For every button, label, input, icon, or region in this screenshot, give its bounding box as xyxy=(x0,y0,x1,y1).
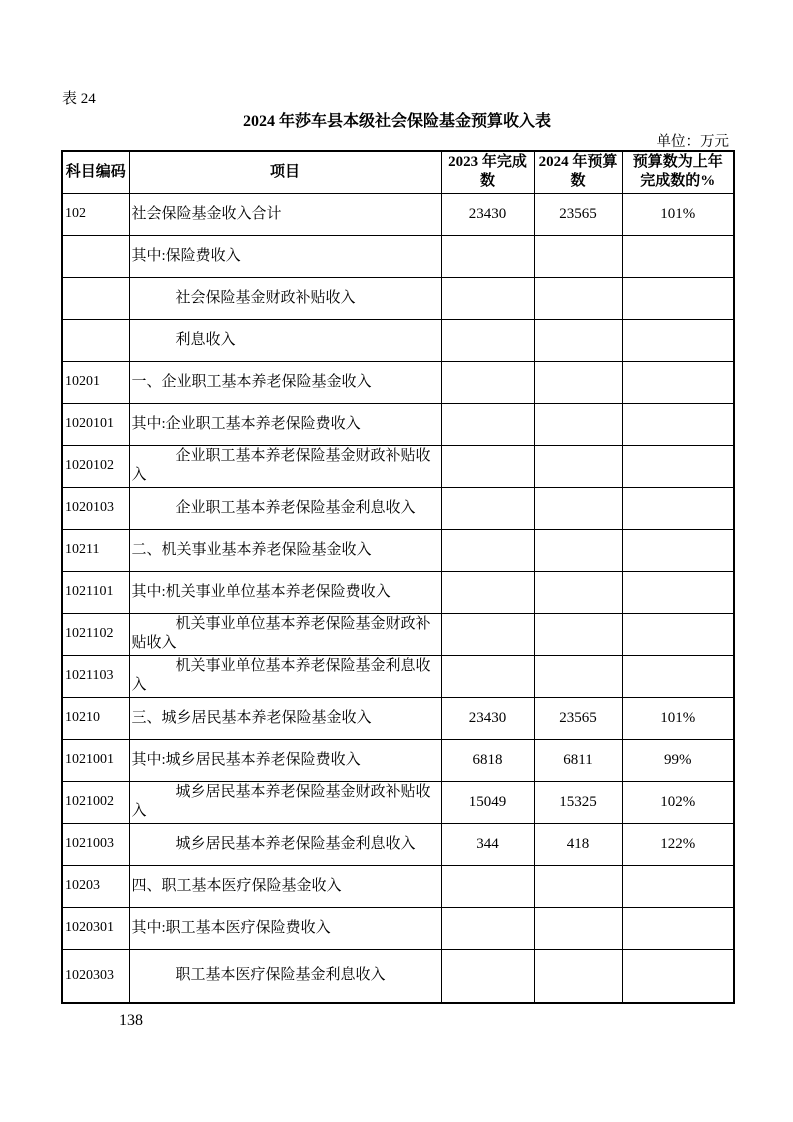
cell-2023-value xyxy=(441,865,534,907)
cell-subject-code: 1021101 xyxy=(62,571,129,613)
cell-2023-value xyxy=(441,613,534,655)
table-row: 1020101其中:企业职工基本养老保险费收入 xyxy=(62,403,734,445)
cell-pct-value xyxy=(622,235,734,277)
cell-2023-value xyxy=(441,655,534,697)
cell-pct-value xyxy=(622,277,734,319)
cell-subject-code: 1020101 xyxy=(62,403,129,445)
cell-pct-value xyxy=(622,361,734,403)
cell-pct-value xyxy=(622,907,734,949)
cell-pct-value: 102% xyxy=(622,781,734,823)
table-row: 10210三、城乡居民基本养老保险基金收入2343023565101% xyxy=(62,697,734,739)
column-header-pct: 预算数为上年完成数的% xyxy=(622,151,734,193)
cell-item-name: 其中:职工基本医疗保险费收入 xyxy=(129,907,441,949)
cell-2024-value xyxy=(534,403,622,445)
cell-pct-value xyxy=(622,403,734,445)
cell-item-name: 职工基本医疗保险基金利息收入 xyxy=(129,949,441,1003)
cell-item-name: 机关事业单位基本养老保险基金利息收入 xyxy=(129,655,441,697)
cell-pct-value xyxy=(622,571,734,613)
budget-income-table: 科目编码项目2023 年完成数2024 年预算数预算数为上年完成数的% 102社… xyxy=(61,150,735,1004)
cell-2024-value xyxy=(534,571,622,613)
cell-pct-value xyxy=(622,445,734,487)
cell-2023-value xyxy=(441,403,534,445)
cell-pct-value: 101% xyxy=(622,193,734,235)
cell-subject-code xyxy=(62,277,129,319)
cell-pct-value xyxy=(622,655,734,697)
cell-2023-value xyxy=(441,571,534,613)
cell-2024-value xyxy=(534,655,622,697)
cell-2023-value: 23430 xyxy=(441,193,534,235)
cell-item-name: 社会保险基金收入合计 xyxy=(129,193,441,235)
cell-pct-value: 122% xyxy=(622,823,734,865)
cell-pct-value xyxy=(622,949,734,1003)
table-row: 10203四、职工基本医疗保险基金收入 xyxy=(62,865,734,907)
cell-subject-code: 1020301 xyxy=(62,907,129,949)
cell-subject-code xyxy=(62,235,129,277)
cell-2024-value xyxy=(534,949,622,1003)
table-row: 10211二、机关事业基本养老保险基金收入 xyxy=(62,529,734,571)
cell-pct-value xyxy=(622,487,734,529)
cell-item-name: 一、企业职工基本养老保险基金收入 xyxy=(129,361,441,403)
cell-item-name: 其中:企业职工基本养老保险费收入 xyxy=(129,403,441,445)
unit-note: 单位：万元 xyxy=(61,130,733,151)
cell-item-name: 四、职工基本医疗保险基金收入 xyxy=(129,865,441,907)
page-number: 138 xyxy=(119,1012,143,1030)
cell-2024-value xyxy=(534,529,622,571)
table-row: 1021002城乡居民基本养老保险基金财政补贴收入1504915325102% xyxy=(62,781,734,823)
cell-pct-value xyxy=(622,529,734,571)
cell-2024-value xyxy=(534,613,622,655)
column-header-2024: 2024 年预算数 xyxy=(534,151,622,193)
cell-2023-value xyxy=(441,487,534,529)
cell-subject-code: 1021001 xyxy=(62,739,129,781)
cell-2024-value xyxy=(534,319,622,361)
table-number-label: 表 24 xyxy=(62,87,96,108)
cell-pct-value: 101% xyxy=(622,697,734,739)
table-row: 1021003城乡居民基本养老保险基金利息收入344418122% xyxy=(62,823,734,865)
table-row: 1020301其中:职工基本医疗保险费收入 xyxy=(62,907,734,949)
document-page: 表 24 2024 年莎车县本级社会保险基金预算收入表 单位：万元 科目编码项目… xyxy=(0,0,793,1122)
cell-item-name: 城乡居民基本养老保险基金财政补贴收入 xyxy=(129,781,441,823)
cell-2023-value: 15049 xyxy=(441,781,534,823)
cell-item-name: 利息收入 xyxy=(129,319,441,361)
cell-2023-value xyxy=(441,319,534,361)
cell-2023-value xyxy=(441,529,534,571)
cell-2024-value xyxy=(534,865,622,907)
cell-2023-value xyxy=(441,445,534,487)
table-header: 科目编码项目2023 年完成数2024 年预算数预算数为上年完成数的% xyxy=(62,151,734,193)
cell-2024-value xyxy=(534,907,622,949)
table-row: 1021001其中:城乡居民基本养老保险费收入6818681199% xyxy=(62,739,734,781)
cell-item-name: 企业职工基本养老保险基金利息收入 xyxy=(129,487,441,529)
cell-subject-code: 102 xyxy=(62,193,129,235)
cell-item-name: 其中:城乡居民基本养老保险费收入 xyxy=(129,739,441,781)
cell-subject-code: 1021103 xyxy=(62,655,129,697)
cell-pct-value xyxy=(622,865,734,907)
cell-2024-value xyxy=(534,277,622,319)
column-header-pct-line2: 完成数的% xyxy=(625,172,732,191)
cell-item-name: 社会保险基金财政补贴收入 xyxy=(129,277,441,319)
cell-item-name: 二、机关事业基本养老保险基金收入 xyxy=(129,529,441,571)
cell-pct-value xyxy=(622,319,734,361)
table-row: 利息收入 xyxy=(62,319,734,361)
table-row: 1021102机关事业单位基本养老保险基金财政补贴收入 xyxy=(62,613,734,655)
table-row: 1021103机关事业单位基本养老保险基金利息收入 xyxy=(62,655,734,697)
cell-2024-value xyxy=(534,445,622,487)
cell-2024-value: 23565 xyxy=(534,193,622,235)
cell-item-name: 城乡居民基本养老保险基金利息收入 xyxy=(129,823,441,865)
cell-subject-code: 10203 xyxy=(62,865,129,907)
table-row: 10201一、企业职工基本养老保险基金收入 xyxy=(62,361,734,403)
table-row: 1021101其中:机关事业单位基本养老保险费收入 xyxy=(62,571,734,613)
cell-2024-value: 15325 xyxy=(534,781,622,823)
cell-pct-value xyxy=(622,613,734,655)
cell-2023-value: 6818 xyxy=(441,739,534,781)
table-row: 102社会保险基金收入合计2343023565101% xyxy=(62,193,734,235)
page-title: 2024 年莎车县本级社会保险基金预算收入表 xyxy=(61,108,733,131)
cell-2023-value: 344 xyxy=(441,823,534,865)
cell-subject-code: 1021002 xyxy=(62,781,129,823)
cell-2023-value xyxy=(441,361,534,403)
cell-2024-value: 6811 xyxy=(534,739,622,781)
table-body: 102社会保险基金收入合计2343023565101%其中:保险费收入社会保险基… xyxy=(62,193,734,1003)
cell-item-name: 其中:机关事业单位基本养老保险费收入 xyxy=(129,571,441,613)
cell-pct-value: 99% xyxy=(622,739,734,781)
cell-subject-code: 1020103 xyxy=(62,487,129,529)
cell-subject-code: 1021102 xyxy=(62,613,129,655)
cell-2023-value: 23430 xyxy=(441,697,534,739)
cell-2023-value xyxy=(441,949,534,1003)
cell-subject-code: 1020102 xyxy=(62,445,129,487)
cell-2024-value xyxy=(534,361,622,403)
cell-2023-value xyxy=(441,235,534,277)
table-row: 社会保险基金财政补贴收入 xyxy=(62,277,734,319)
cell-subject-code: 1021003 xyxy=(62,823,129,865)
cell-subject-code xyxy=(62,319,129,361)
table-row: 1020103企业职工基本养老保险基金利息收入 xyxy=(62,487,734,529)
cell-item-name: 企业职工基本养老保险基金财政补贴收入 xyxy=(129,445,441,487)
cell-item-name: 其中:保险费收入 xyxy=(129,235,441,277)
cell-2023-value xyxy=(441,907,534,949)
column-header-pct-line1: 预算数为上年 xyxy=(625,153,732,172)
column-header-2023: 2023 年完成数 xyxy=(441,151,534,193)
cell-subject-code: 10201 xyxy=(62,361,129,403)
cell-2024-value: 418 xyxy=(534,823,622,865)
cell-2024-value: 23565 xyxy=(534,697,622,739)
table-header-row: 科目编码项目2023 年完成数2024 年预算数预算数为上年完成数的% xyxy=(62,151,734,193)
cell-item-name: 机关事业单位基本养老保险基金财政补贴收入 xyxy=(129,613,441,655)
table-row: 其中:保险费收入 xyxy=(62,235,734,277)
column-header-code: 科目编码 xyxy=(62,151,129,193)
cell-2024-value xyxy=(534,487,622,529)
cell-2024-value xyxy=(534,235,622,277)
cell-2023-value xyxy=(441,277,534,319)
column-header-item: 项目 xyxy=(129,151,441,193)
table-row: 1020102企业职工基本养老保险基金财政补贴收入 xyxy=(62,445,734,487)
cell-subject-code: 10210 xyxy=(62,697,129,739)
table-row: 1020303职工基本医疗保险基金利息收入 xyxy=(62,949,734,1003)
cell-item-name: 三、城乡居民基本养老保险基金收入 xyxy=(129,697,441,739)
cell-subject-code: 1020303 xyxy=(62,949,129,1003)
cell-subject-code: 10211 xyxy=(62,529,129,571)
